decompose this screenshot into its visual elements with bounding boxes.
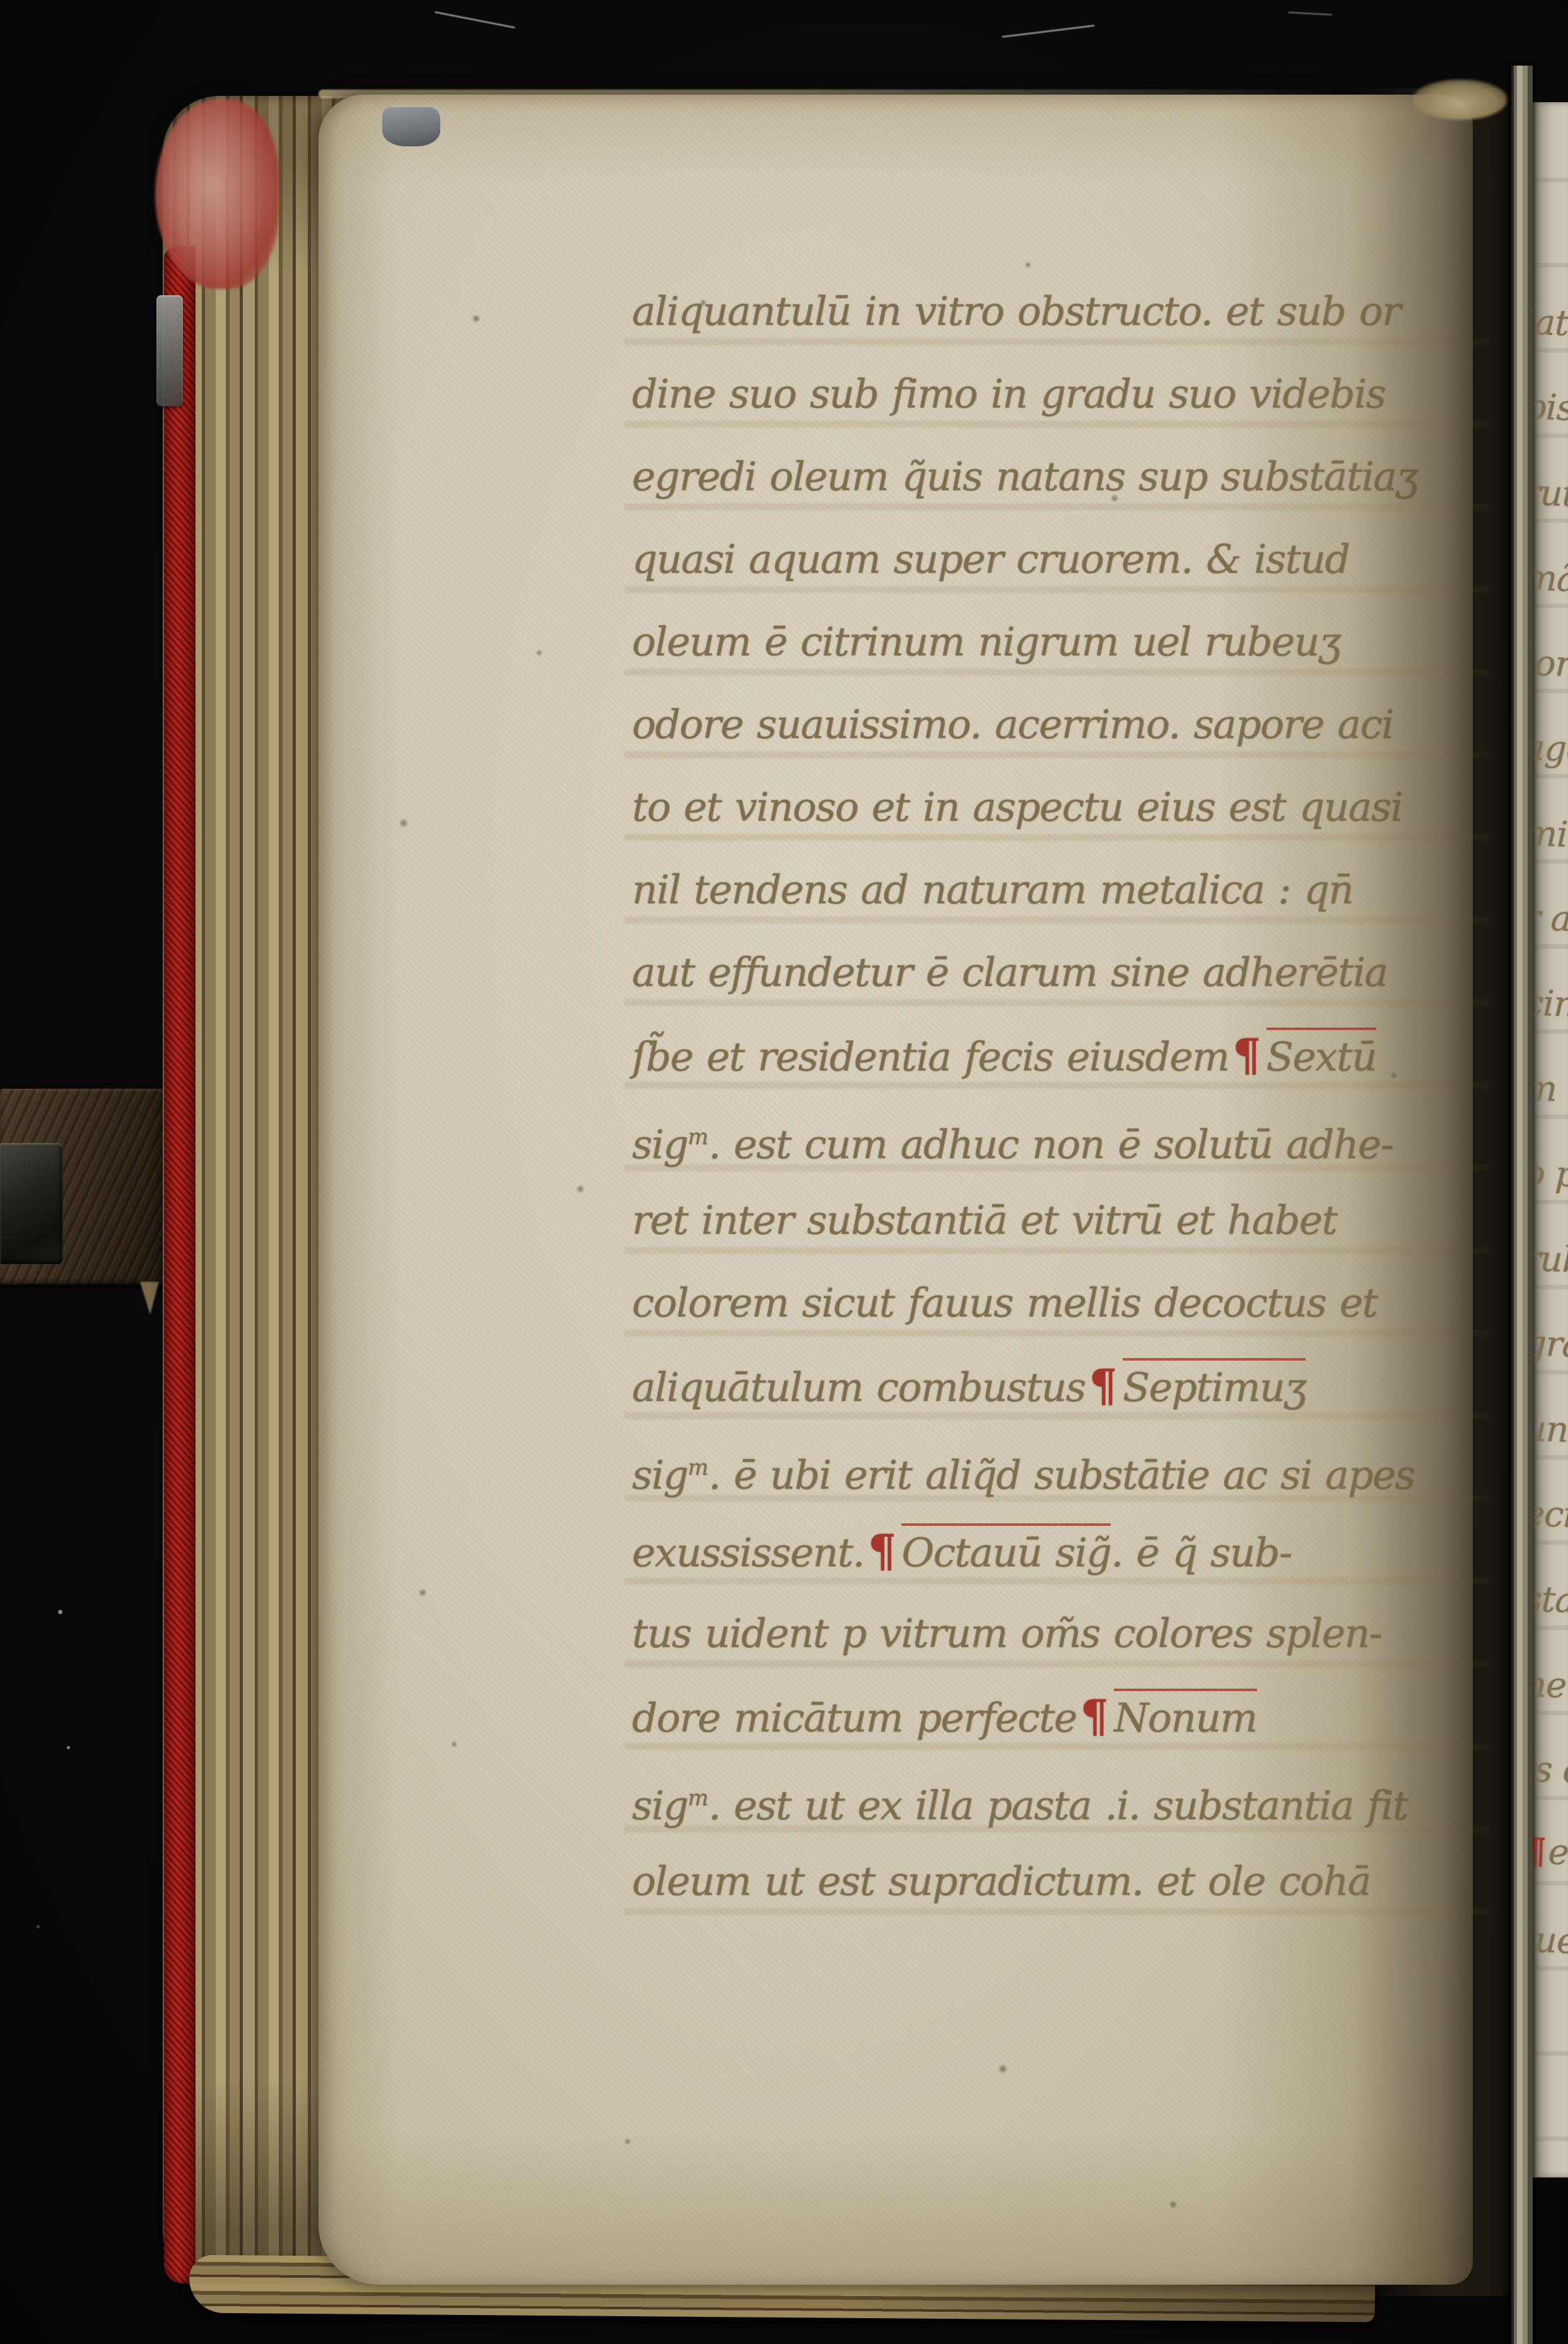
facing-fragment-12: rube: [1533, 1238, 1568, 1282]
dust-speck: [37, 1925, 40, 1928]
text-segment: undis: [1533, 1408, 1568, 1452]
text-segment: pis &: [1533, 386, 1568, 430]
text-segment: is et t: [1533, 1749, 1568, 1793]
text-segment: to et vinoso et in aspectu eius est quas…: [632, 784, 1402, 830]
text-segment: Octauū sig̃: [901, 1523, 1111, 1574]
facing-fragment-3: rut: [1533, 472, 1568, 515]
text-segment: m vx: [1533, 1068, 1568, 1112]
manuscript-photo: { "palette": { "background": "#0a0a0b", …: [0, 0, 1568, 2344]
text-segment: mã: [1533, 558, 1568, 601]
headband-threads: [1413, 79, 1507, 120]
text-segment: oleum ē citrinum nigrum uel rubeuʒ: [632, 619, 1340, 665]
text-segment: sig: [632, 1122, 687, 1168]
background-scratch: [1288, 11, 1332, 16]
vertical-strap-strip: [1511, 66, 1533, 2344]
text-segment: dine suo sub fimo in gradu suo videbis: [632, 371, 1385, 417]
facing-fragment-19: ¶eriode: [1533, 1830, 1568, 1876]
red-cover-top-corner: [155, 100, 279, 289]
gutter-shadow: [1350, 88, 1515, 2296]
text-segment: nil tendens ad naturam metalica : qn̄: [632, 867, 1353, 913]
text-segment: oleum ut est supradictum. et ole cohā: [632, 1858, 1371, 1904]
text-segment: sig: [632, 1452, 687, 1498]
text-segment: aut effundetur ē clarum sine adherētia: [632, 949, 1387, 995]
page-clamp: [382, 107, 440, 146]
facing-page-sliver: latopis &rutmãloriagolmir assacinerm vxo…: [1533, 102, 1568, 2177]
text-segment: m: [687, 1455, 708, 1480]
text-segment: colorem sicut fauus mellis decoctus et: [632, 1280, 1377, 1326]
text-segment: sig: [632, 1783, 687, 1829]
text-segment: . est cum adhuc non ē solutū adhe-: [708, 1122, 1393, 1168]
facing-fragment-16: sta tr: [1533, 1578, 1568, 1622]
text-segment: exussissent.: [632, 1530, 864, 1576]
text-segment: m: [687, 1125, 708, 1150]
facing-fragment-1: lato: [1533, 302, 1568, 345]
facing-fragment-4: mã: [1533, 558, 1568, 601]
clasp-catch-plate: [156, 295, 183, 406]
text-segment: Septimuʒ: [1123, 1358, 1306, 1409]
background-scratch: [435, 11, 515, 29]
red-cover-edge: [164, 246, 196, 2283]
facing-fragment-18: is et t: [1533, 1749, 1568, 1793]
facing-fragment-7: mi: [1533, 813, 1568, 855]
text-segment: luere: [1533, 1919, 1568, 1964]
text-segment: sta tr: [1533, 1578, 1568, 1622]
text-segment: lato: [1533, 302, 1568, 345]
text-segment: ret inter substantiā et vitrū et habet: [632, 1197, 1337, 1243]
text-segment: aliquātulum combustus: [632, 1364, 1085, 1410]
background-scratch: [1002, 25, 1094, 38]
text-segment: m: [687, 1786, 708, 1811]
text-segment: dore micātum perfecte: [632, 1695, 1077, 1741]
text-segment: lori: [1533, 642, 1568, 685]
facing-fragment-13: gradu: [1533, 1323, 1568, 1368]
rubric-paragraph-mark: ¶: [1232, 1029, 1260, 1081]
text-segment: tus uident p vitrum om̃s colores splen-: [632, 1610, 1381, 1656]
text-segment: rube: [1533, 1238, 1568, 1282]
text-segment: . ē q̃ sub-: [1111, 1530, 1291, 1576]
text-segment: ſb̃e et residentia fecis eiusdem: [632, 1034, 1229, 1080]
facing-fragment-14: undis: [1533, 1408, 1568, 1452]
facing-fragment-8: r assa: [1533, 897, 1568, 942]
text-segment: quasi aquam super cruorem. & istud: [632, 536, 1349, 582]
text-segment: aliquantulū in vitro obstructo. et sub o…: [632, 288, 1400, 334]
facing-fragment-10: m vx: [1533, 1068, 1568, 1112]
dust-speck: [67, 1746, 70, 1749]
text-segment: egredi oleum q̃uis natans sup substātiaʒ: [632, 454, 1417, 500]
rubric-paragraph-mark: ¶: [1089, 1359, 1116, 1412]
facing-fragment-2: pis &: [1533, 386, 1568, 430]
text-segment: mi: [1533, 813, 1568, 855]
text-segment: rut: [1533, 472, 1568, 515]
facing-fragment-15: ecimu: [1533, 1493, 1568, 1538]
text-segment: . ē ubi erit aliq̃d substātie ac si apes: [708, 1452, 1414, 1498]
text-segment: nere: [1533, 1664, 1568, 1708]
clasp-metal-fitting: [0, 1143, 63, 1264]
rubric-paragraph-mark: ¶: [1533, 1830, 1547, 1872]
facing-fragment-11: o pon: [1533, 1152, 1568, 1197]
facing-fragment-6: agol: [1533, 727, 1568, 771]
facing-fragment-20: luere: [1533, 1919, 1568, 1964]
text-segment: agol: [1533, 727, 1568, 771]
text-segment: odore suauissimo. acerrimo. sapore aci: [632, 701, 1393, 747]
text-segment: o pon: [1533, 1152, 1568, 1197]
text-segment: r assa: [1533, 897, 1568, 942]
text-segment: Nonum: [1114, 1689, 1256, 1739]
rubric-paragraph-mark: ¶: [868, 1525, 895, 1577]
text-segment: eriode: [1548, 1832, 1568, 1877]
text-segment: gradu: [1533, 1323, 1568, 1368]
facing-fragment-9: ciner: [1533, 983, 1568, 1027]
dust-speck: [58, 1610, 62, 1614]
strap-tab: [140, 1282, 159, 1315]
facing-fragment-17: nere: [1533, 1664, 1568, 1708]
text-segment: . est ut ex illa pasta .i. substantia fi…: [708, 1783, 1408, 1829]
rubric-paragraph-mark: ¶: [1080, 1690, 1108, 1742]
text-segment: ecimu: [1533, 1493, 1568, 1538]
text-segment: ciner: [1533, 983, 1568, 1027]
facing-fragment-5: lori: [1533, 642, 1568, 685]
